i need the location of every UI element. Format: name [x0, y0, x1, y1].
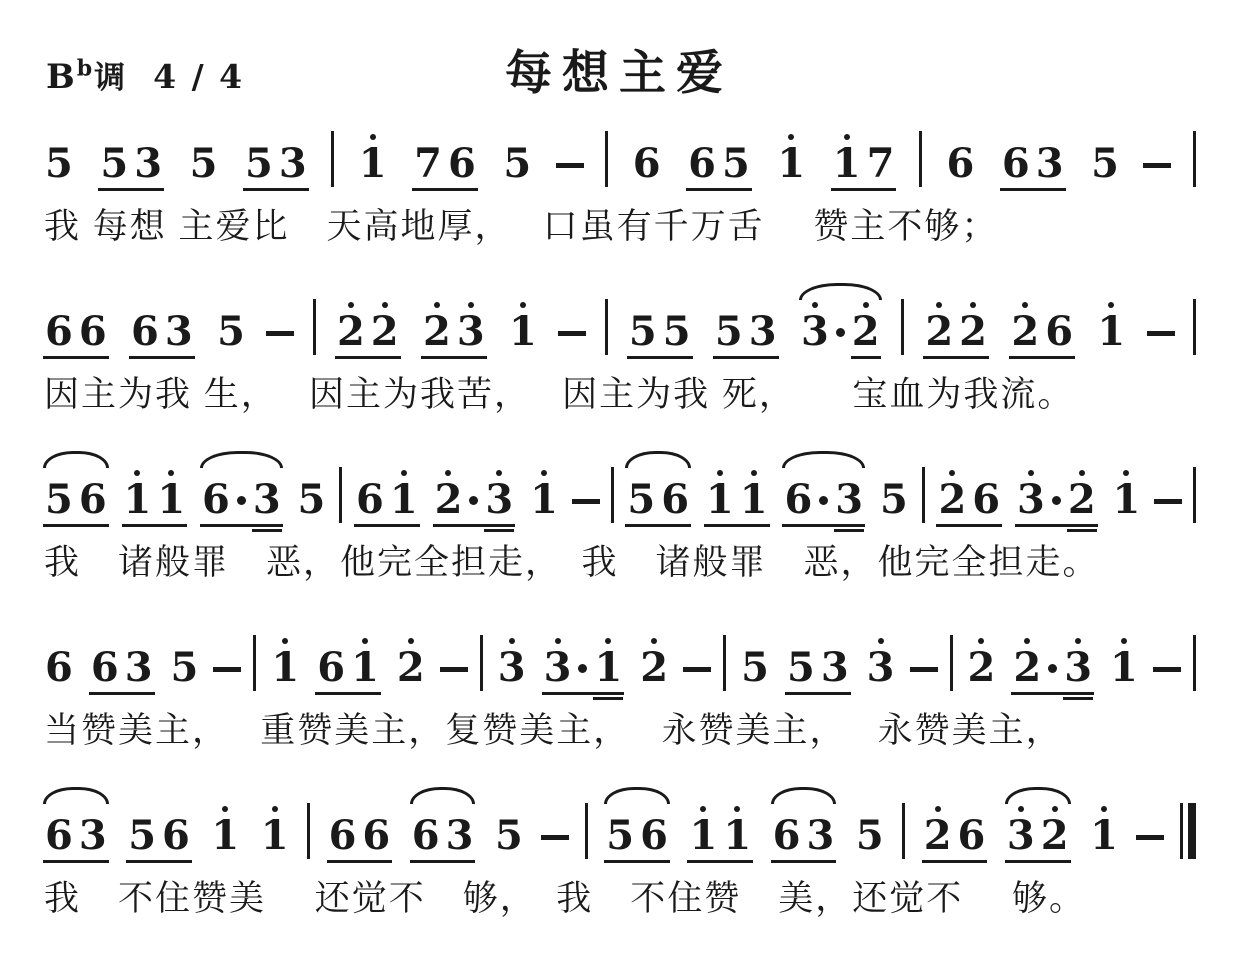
note-digit: 2: [1010, 638, 1044, 689]
note-digit: 7: [864, 134, 898, 185]
note-group: 23: [432, 452, 517, 534]
slur-zone: [830, 116, 898, 134]
note-group: 66: [42, 284, 110, 366]
note: 5: [738, 620, 772, 702]
notes-row: 23: [1010, 638, 1095, 689]
dot-of-prolongation: [832, 328, 849, 353]
note: 5: [500, 116, 534, 198]
slur-zone: [624, 452, 692, 470]
digit-glyph: 5: [100, 143, 128, 185]
underline-zone: [42, 185, 76, 198]
digit-glyph: 1: [1097, 311, 1125, 353]
slur-arc: [771, 787, 837, 804]
slur-zone: [353, 452, 421, 470]
notes-row: 2: [637, 638, 671, 689]
note: 1: [774, 116, 808, 198]
note-digit: 6: [955, 806, 989, 857]
slur-zone: [999, 116, 1067, 134]
beam-underline: [627, 356, 693, 359]
note-digit: 5: [624, 470, 658, 521]
beam-underline: [98, 188, 164, 191]
note-digit: 2: [420, 302, 454, 353]
underline-zone: [97, 185, 165, 198]
note-group: 53: [784, 620, 852, 702]
note: 5: [877, 452, 911, 534]
digit-glyph: 6: [91, 647, 119, 689]
notes-row: 56: [42, 470, 110, 521]
barline: [313, 299, 316, 355]
note-group: 63: [88, 620, 156, 702]
note-digit: 3: [798, 302, 832, 353]
note-digit: 6: [685, 134, 719, 185]
music-line: 561163561231561163526321: [42, 450, 1196, 534]
notes-row: 63: [409, 806, 477, 857]
notes-row: 61: [353, 470, 421, 521]
note-digit: 2: [921, 806, 955, 857]
note: 3: [495, 620, 529, 702]
digit-glyph: 3: [253, 479, 281, 521]
note-group: 26: [1008, 284, 1076, 366]
beam-underline: [43, 860, 109, 863]
beam-underline: [604, 860, 670, 863]
beam-underline: [542, 692, 625, 695]
digit-glyph: 1: [124, 479, 152, 521]
underline-zone: [295, 521, 329, 534]
note-digit: 3: [1033, 134, 1067, 185]
note-digit: 6: [770, 806, 804, 857]
note: 5: [42, 116, 76, 198]
note-group: 32: [1014, 452, 1099, 534]
beam-underline: [687, 860, 753, 863]
slur-arc: [200, 451, 283, 468]
digit-glyph: 2: [1013, 647, 1041, 689]
digit-glyph: 1: [777, 143, 805, 185]
digit-glyph: 5: [298, 479, 326, 521]
notes-row: 1: [258, 806, 292, 857]
underline-zone: [965, 689, 999, 702]
beam-underline: [43, 356, 109, 359]
slur-zone: [258, 788, 292, 806]
note-digit: 1: [720, 806, 754, 857]
note-digit: 3: [832, 470, 866, 521]
notes-row: 53: [784, 638, 852, 689]
beam-underline: [686, 188, 752, 191]
note-group: 53: [712, 284, 780, 366]
notes-row: 5: [853, 806, 887, 857]
page-title: 每想主爱: [42, 36, 1196, 103]
note-digit: 3: [250, 470, 284, 521]
slur-zone: [781, 452, 866, 470]
slur-zone: [527, 452, 561, 470]
note: 1: [1094, 284, 1128, 366]
slur-arc: [43, 787, 109, 804]
note-digit: 2: [1008, 302, 1042, 353]
note-digit: 3: [1014, 470, 1048, 521]
underline-zone: [922, 353, 990, 366]
note-digit: 1: [258, 806, 292, 857]
slur-zone: [42, 452, 110, 470]
note-digit: 6: [781, 470, 815, 521]
final-bar-thick: [1188, 803, 1196, 859]
duration-dash: [910, 667, 938, 672]
digit-glyph: 2: [938, 479, 966, 521]
note-digit: 6: [326, 806, 360, 857]
notes-row: 1: [1107, 638, 1141, 689]
notes-row: 1: [1087, 806, 1121, 857]
note-digit: 2: [922, 302, 956, 353]
notes-row: 5: [492, 806, 526, 857]
slur-arc: [604, 787, 670, 804]
beam-underline: [1015, 524, 1098, 527]
lyrics-line: 我 每想 主爱比 天高地厚， 口虽有千万舌 赞主不够；: [44, 204, 1196, 250]
barline: [950, 635, 953, 691]
underline-zone: [334, 353, 402, 366]
underline-zone: [527, 521, 561, 534]
note: 5: [1088, 116, 1122, 198]
digit-glyph: 3: [835, 479, 863, 521]
dot-of-prolongation: [233, 496, 250, 521]
note-digit: 5: [214, 302, 248, 353]
music-line: 666352223155533222261: [42, 282, 1196, 366]
underline-zone: [420, 353, 488, 366]
digit-glyph: 5: [627, 479, 655, 521]
note-digit: 1: [208, 806, 242, 857]
underline-zone: [624, 521, 692, 534]
notes-row: 32: [1014, 470, 1099, 521]
note-digit: 2: [849, 302, 883, 353]
note-group: 63: [770, 788, 838, 870]
beam-underline: [1000, 188, 1066, 191]
note-digit: 5: [603, 806, 637, 857]
digit-glyph: 6: [972, 479, 1000, 521]
slur-zone: [1107, 620, 1141, 638]
digit-glyph: 5: [495, 815, 523, 857]
note: 6: [630, 116, 664, 198]
digit-glyph: 1: [1110, 647, 1138, 689]
slur-zone: [411, 116, 479, 134]
digit-glyph: 6: [362, 815, 390, 857]
barline: [919, 131, 922, 187]
barline: [723, 635, 726, 691]
music-line: 66351612331255332231: [42, 618, 1196, 702]
final-barline: [1180, 803, 1196, 859]
note-group: 63: [999, 116, 1067, 198]
note-digit: 5: [168, 638, 202, 689]
slur-arc: [410, 787, 476, 804]
notes-row: 56: [125, 806, 193, 857]
digit-glyph: 1: [157, 479, 185, 521]
underline-zone: [409, 857, 477, 870]
note-digit: 6: [42, 302, 76, 353]
note-group: 65: [685, 116, 753, 198]
underline-zone: [1008, 353, 1076, 366]
barline: [901, 299, 904, 355]
note-digit: 2: [394, 638, 428, 689]
underline-zone: [42, 521, 110, 534]
digit-glyph: 3: [125, 647, 153, 689]
digit-glyph: 6: [784, 479, 812, 521]
barline: [331, 131, 334, 187]
notes-row: 22: [922, 302, 990, 353]
notes-row: 1: [1109, 470, 1143, 521]
digit-glyph: 1: [261, 815, 289, 857]
slur-zone: [128, 284, 196, 302]
dot-of-prolongation: [1048, 496, 1065, 521]
digit-glyph: 2: [435, 479, 463, 521]
underline-zone: [168, 689, 202, 702]
note-digit: 1: [348, 638, 382, 689]
note-digit: 5: [784, 638, 818, 689]
digit-glyph: 7: [867, 143, 895, 185]
underline-zone: [356, 185, 390, 198]
note: 1: [527, 452, 561, 534]
digit-glyph: 5: [880, 479, 908, 521]
beam-underline: [1005, 860, 1071, 863]
note-digit: 2: [965, 638, 999, 689]
dot-of-prolongation: [815, 496, 832, 521]
notes-row: 5: [214, 302, 248, 353]
note-digit: 6: [1042, 302, 1076, 353]
notes-row: 31: [541, 638, 626, 689]
digit-glyph: 2: [397, 647, 425, 689]
slur-zone: [495, 620, 529, 638]
digit-glyph: 3: [279, 143, 307, 185]
note-group: 23: [420, 284, 488, 366]
note-group: 56: [125, 788, 193, 870]
notes-row: 1: [268, 638, 302, 689]
note-digit: 2: [637, 638, 671, 689]
note-group: 17: [830, 116, 898, 198]
underline-zone: [738, 689, 772, 702]
note-digit: 1: [737, 470, 771, 521]
note-digit: 6: [969, 470, 1003, 521]
slur-zone: [922, 284, 990, 302]
note-digit: 3: [482, 470, 516, 521]
note-digit: 3: [131, 134, 165, 185]
digit-glyph: 2: [959, 311, 987, 353]
underline-zone: [125, 857, 193, 870]
slur-zone: [1004, 788, 1072, 806]
note: 5: [187, 116, 221, 198]
barline: [307, 803, 310, 859]
note-digit: 6: [445, 134, 479, 185]
note: 5: [853, 788, 887, 870]
beam-underline: [936, 524, 1002, 527]
dot-of-prolongation: [574, 664, 591, 689]
duration-dash: [1153, 667, 1181, 672]
beam-underline: [923, 356, 989, 359]
digit-glyph: 6: [773, 815, 801, 857]
beam-underline: [433, 524, 516, 527]
notes-row: 63: [88, 638, 156, 689]
beam-underline: [831, 188, 897, 191]
duration-dash: [1136, 835, 1164, 840]
underline-zone: [242, 185, 310, 198]
digit-glyph: 5: [787, 647, 815, 689]
digit-glyph: 1: [211, 815, 239, 857]
digit-glyph: 6: [329, 815, 357, 857]
notes-row: 63: [999, 134, 1067, 185]
beam-underline: [704, 524, 770, 527]
beam-underline: [771, 860, 837, 863]
note-digit: 5: [877, 470, 911, 521]
slur-zone: [685, 116, 753, 134]
note-digit: 3: [276, 134, 310, 185]
barline: [605, 299, 608, 355]
slur-zone: [432, 452, 517, 470]
slur-zone: [935, 452, 1003, 470]
lyrics-line: 我 诸般罪 恶，他完全担走， 我 诸般罪 恶，他完全担走。: [44, 540, 1196, 586]
underline-zone: [1087, 857, 1121, 870]
duration-dash: [440, 667, 468, 672]
digit-glyph: 3: [446, 815, 474, 857]
barline: [922, 467, 925, 523]
digit-glyph: 6: [79, 479, 107, 521]
digit-glyph: 6: [448, 143, 476, 185]
digit-glyph: 2: [968, 647, 996, 689]
notes-row: 1: [527, 470, 561, 521]
digit-glyph: 2: [1011, 311, 1039, 353]
slur-zone: [1088, 116, 1122, 134]
digit-glyph: 6: [633, 143, 661, 185]
digit-glyph: 3: [165, 311, 193, 353]
note-digit: 6: [42, 638, 76, 689]
note-group: 63: [409, 788, 477, 870]
music-line: 55355317656651176635: [42, 114, 1196, 198]
note-digit: 7: [411, 134, 445, 185]
beam-underline: [126, 860, 192, 863]
notes-row: 32: [798, 302, 883, 353]
note-digit: 1: [356, 134, 390, 185]
digit-glyph: 3: [821, 647, 849, 689]
note-digit: 2: [956, 302, 990, 353]
underline-zone: [42, 857, 110, 870]
digit-glyph: 2: [1041, 815, 1069, 857]
underline-zone: [268, 689, 302, 702]
note-digit: 1: [1094, 302, 1128, 353]
digit-glyph: 5: [190, 143, 218, 185]
slur-zone: [506, 284, 540, 302]
note-digit: 6: [353, 470, 387, 521]
notes-row: 1: [774, 134, 808, 185]
note: 1: [258, 788, 292, 870]
digit-glyph: 1: [1090, 815, 1118, 857]
digit-glyph: 3: [1064, 647, 1092, 689]
digit-glyph: 2: [371, 311, 399, 353]
note-digit: 5: [500, 134, 534, 185]
dot-glyph: [1048, 664, 1057, 673]
beam-underline: [327, 860, 393, 863]
dot-glyph: [237, 496, 246, 505]
note-digit: 5: [738, 638, 772, 689]
underline-zone: [506, 353, 540, 366]
notes-row: 2: [965, 638, 999, 689]
underline-zone: [42, 353, 110, 366]
notes-row: 6: [943, 134, 977, 185]
digit-glyph: 3: [1036, 143, 1064, 185]
note-group: 63: [42, 788, 110, 870]
digit-glyph: 3: [134, 143, 162, 185]
digit-glyph: 1: [706, 479, 734, 521]
slur-zone: [97, 116, 165, 134]
dot-glyph: [836, 328, 845, 337]
note-digit: 6: [630, 134, 664, 185]
digit-glyph: 5: [1091, 143, 1119, 185]
notes-row: 11: [703, 470, 771, 521]
notes-row: 65: [685, 134, 753, 185]
underline-zone: [492, 857, 526, 870]
underline-zone: [500, 185, 534, 198]
barline: [585, 803, 588, 859]
slur-zone: [42, 284, 110, 302]
digit-glyph: 6: [412, 815, 440, 857]
beam-underline: [410, 860, 476, 863]
digit-glyph: 3: [498, 647, 526, 689]
digit-glyph: 3: [807, 815, 835, 857]
underline-zone: [1088, 185, 1122, 198]
note-digit: 3: [443, 806, 477, 857]
digit-glyph: 5: [856, 815, 884, 857]
digit-glyph: 5: [606, 815, 634, 857]
slur-arc: [625, 451, 691, 468]
slur-zone: [798, 284, 883, 302]
digit-glyph: 6: [45, 815, 73, 857]
beam-underline: [1011, 692, 1094, 695]
digit-glyph: 2: [1068, 479, 1096, 521]
digit-glyph: 5: [128, 815, 156, 857]
note-digit: 3: [818, 638, 852, 689]
note-digit: 3: [76, 806, 110, 857]
barline: [1193, 299, 1196, 355]
duration-dash: [683, 667, 711, 672]
digit-glyph: 5: [245, 143, 273, 185]
notes-row: 3: [495, 638, 529, 689]
underline-zone: [781, 521, 866, 534]
beam-underline: [625, 524, 691, 527]
note-group: 56: [42, 452, 110, 534]
dot-of-prolongation: [465, 496, 482, 521]
notes-row: 26: [1008, 302, 1076, 353]
notes-row: 5: [738, 638, 772, 689]
slur-zone: [1094, 284, 1128, 302]
digit-glyph: 5: [663, 311, 691, 353]
beam-underline: [785, 692, 851, 695]
underline-zone: [784, 689, 852, 702]
note-group: 56: [603, 788, 671, 870]
note-group: 31: [541, 620, 626, 702]
note-group: 11: [686, 788, 754, 870]
note-digit: 6: [76, 470, 110, 521]
underline-zone: [637, 689, 671, 702]
slur-zone: [712, 284, 780, 302]
note-digit: 1: [506, 302, 540, 353]
dot-glyph: [819, 496, 828, 505]
digit-glyph: 3: [1007, 815, 1035, 857]
notes-row: 6: [630, 134, 664, 185]
notes-row: 5: [877, 470, 911, 521]
digit-glyph: 2: [337, 311, 365, 353]
note-digit: 5: [42, 470, 76, 521]
slur-zone: [784, 620, 852, 638]
notes-row: 63: [42, 806, 110, 857]
duration-dash: [572, 499, 600, 504]
note-digit: 5: [242, 134, 276, 185]
notes-row: 66: [42, 302, 110, 353]
digit-glyph: 3: [485, 479, 513, 521]
note-group: 63: [199, 452, 284, 534]
note-digit: 2: [1065, 470, 1099, 521]
beam-underline: [421, 356, 487, 359]
